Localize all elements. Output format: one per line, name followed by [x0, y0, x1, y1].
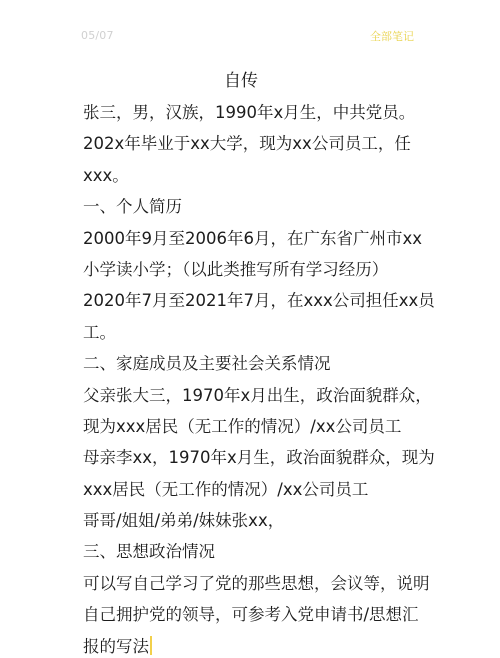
body-line: 工。 [83, 317, 413, 348]
body-line: 2000年9月至2006年6月，在广东省广州市xx [83, 223, 413, 254]
body-line: 202x年毕业于xx大学，现为xx公司员工，任 [83, 128, 413, 159]
section-heading-political: 三、思想政治情况 [83, 536, 413, 567]
section-heading-resume: 一、个人简历 [83, 191, 413, 222]
all-notes-button[interactable]: 全部笔记 [370, 28, 414, 44]
document-body[interactable]: 张三，男，汉族，1990年x月生，中共党员。 202x年毕业于xx大学，现为xx… [83, 97, 413, 658]
body-line: 父亲张大三，1970年x月出生，政治面貌群众， [83, 380, 413, 411]
body-line: 小学读小学；（以此类推写所有学习经历） [83, 254, 413, 285]
body-line: 现为xxx居民（无工作的情况）/xx公司员工 [83, 411, 413, 442]
body-line: xxx居民（无工作的情况）/xx公司员工 [83, 474, 413, 505]
top-bar: 05/07 全部笔记 [0, 0, 500, 60]
body-line-text: 报的写法 [83, 637, 149, 656]
text-cursor [150, 636, 152, 655]
body-line: xxx。 [83, 160, 413, 191]
document-title: 自传 [0, 66, 482, 91]
body-line: 母亲李xx，1970年x月生，政治面貌群众，现为 [83, 442, 413, 473]
body-line: 可以写自己学习了党的那些思想，会议等，说明 [83, 568, 413, 599]
body-line: 自己拥护党的领导，可参考入党申请书/思想汇 [83, 599, 413, 630]
body-line: 哥哥/姐姐/弟弟/妹妹张xx， [83, 505, 413, 536]
body-line: 2020年7月至2021年7月，在xxx公司担任xx员 [83, 285, 413, 316]
page-indicator: 05/07 [81, 29, 114, 42]
section-heading-family: 二、家庭成员及主要社会关系情况 [83, 348, 413, 379]
body-line: 张三，男，汉族，1990年x月生，中共党员。 [83, 97, 413, 128]
body-line-last: 报的写法 [83, 631, 413, 658]
